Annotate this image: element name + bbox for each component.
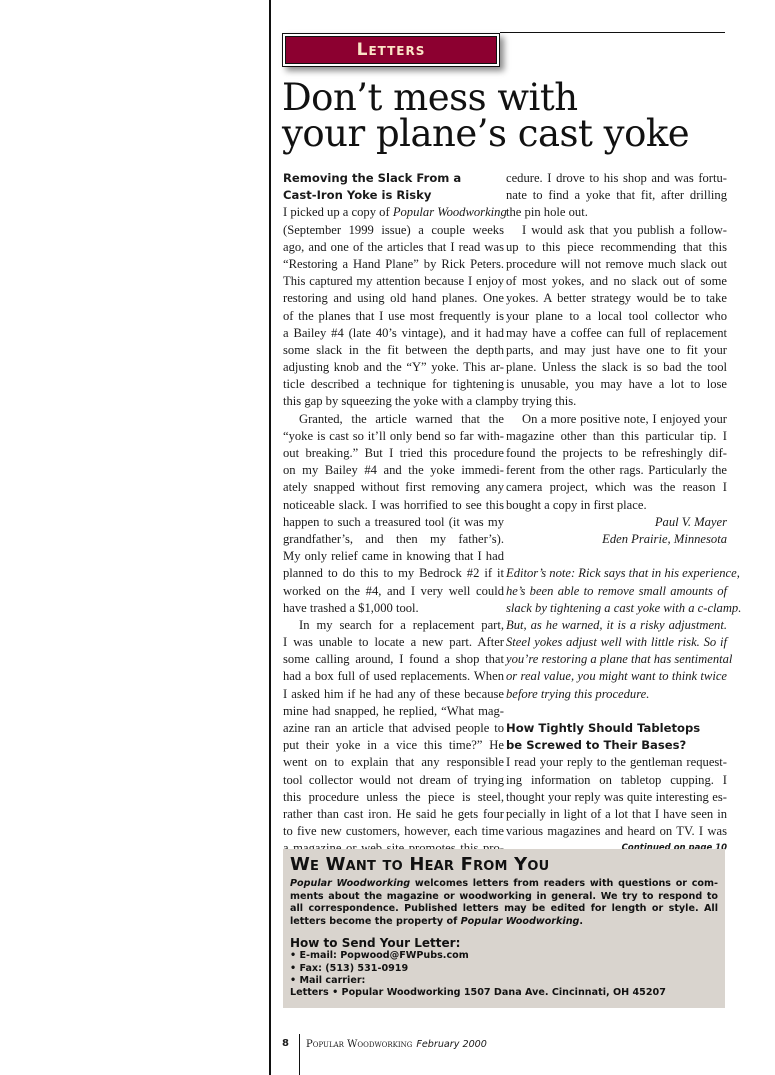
body-line: grandfather’s, and then my father’s). [283, 531, 504, 548]
section-tab-fill: Letters [285, 36, 497, 64]
page-footer: 8 [282, 1038, 296, 1049]
body-line: found the projects to be refreshingly di… [506, 445, 727, 462]
body-line: Granted, the article warned that the [283, 411, 504, 428]
body-line: on my Bailey #4 and the yoke immedi- [283, 462, 504, 479]
body-line: (September 1999 issue) a couple weeks [283, 222, 504, 239]
footer-rule [299, 1034, 300, 1075]
editors-note-line: slack by tightening a cast yoke with a c… [506, 600, 727, 617]
body-line: may have a coffee can full of replacemen… [506, 325, 727, 342]
body-line: pecially in light of a lot that I have s… [506, 806, 727, 823]
body-line: adjusting knob and the “Y” yoke. This ar… [283, 359, 504, 376]
body-line: various magazines and heard on TV. I was [506, 823, 727, 840]
body-line: thought your reply was quite interesting… [506, 789, 727, 806]
body-line: plane. Unless the slack is so bad the to… [506, 359, 727, 376]
body-line: procedure will not remove much slack out [506, 256, 727, 273]
body-line: mine had snapped, he replied, “What mag- [283, 703, 504, 720]
send-methods-list: • E-mail: Popwood@FWPubs.com • Fax: (513… [290, 950, 718, 999]
body-line: parts, and may just have one to fit your [506, 342, 727, 359]
body-line: magazine other than this particular tip.… [506, 428, 727, 445]
editors-note-line: he’s been able to remove small amounts o… [506, 583, 727, 600]
letter1-subhead-1: Removing the Slack From a [283, 170, 504, 187]
callout-line: letters become the property of Popular W… [290, 916, 718, 929]
headline-line-1: Don’t mess with [282, 80, 722, 116]
article-headline: Don’t mess with your plane’s cast yoke [282, 80, 722, 152]
body-line: “yoke is cast so it’ll only bend so far … [283, 428, 504, 445]
body-line: a Bailey #4 (late 40’s vintage), and it … [283, 325, 504, 342]
body-line: out breaking.” But I tried this procedur… [283, 445, 504, 462]
mail-carrier-label: • Mail carrier: [290, 975, 718, 987]
body-line: I would ask that you publish a follow- [506, 222, 727, 239]
body-line: I was unable to locate a new part. After [283, 634, 504, 651]
body-line: On a more positive note, I enjoyed your [506, 411, 727, 428]
issue-date: February 2000 [416, 1039, 487, 1050]
body-line: rather than cast iron. He said he gets f… [283, 806, 504, 823]
section-tab: Letters [282, 33, 500, 67]
section-label: Letters [357, 40, 426, 60]
body-line: nate to find a yoke that fit, after dril… [506, 187, 727, 204]
editors-note-line: But, as he warned, it is a risky adjustm… [506, 617, 727, 634]
body-line: had a box full of used replacements. Whe… [283, 668, 504, 685]
signature-name: Paul V. Mayer [506, 514, 727, 531]
body-line: to five new customers, however, each tim… [283, 823, 504, 840]
letter1-subhead-2: Cast-Iron Yoke is Risky [283, 187, 504, 204]
body-line: this procedure unless the piece is steel… [283, 789, 504, 806]
body-line: up to this piece recommending that this [506, 239, 727, 256]
callout-line: ments about the magazine or woodworking … [290, 891, 718, 904]
body-line: noticeable slack. I was horrified to see… [283, 497, 504, 514]
body-line: camera project, which was the reason I [506, 479, 727, 496]
callout-title: We Want to Hear From You [290, 855, 718, 875]
body-line: azine ran an article that advised people… [283, 720, 504, 737]
body-line: happen to such a treasured tool (it was … [283, 514, 504, 531]
body-line: In my search for a replacement part, [283, 617, 504, 634]
editors-note-line: Editor’s note: Rick says that in his exp… [506, 565, 727, 582]
callout-line: Popular Woodworking welcomes letters fro… [290, 878, 718, 891]
letters-callout-box: We Want to Hear From You Popular Woodwor… [283, 849, 725, 1008]
body-line: restoring and using old hand planes. One [283, 290, 504, 307]
headline-line-2: your plane’s cast yoke [282, 116, 722, 152]
body-line: some slack in the fit between the depth [283, 342, 504, 359]
body-line: by trying this. [506, 393, 727, 410]
body-line: yokes. A better strategy would be to tak… [506, 290, 727, 307]
column-left: Removing the Slack From a Cast-Iron Yoke… [283, 170, 504, 858]
body-line: I asked him if he had any of these becau… [283, 686, 504, 703]
body-line: planned to do this to my Bedrock #2 if i… [283, 565, 504, 582]
letter2-subhead-1: How Tightly Should Tabletops [506, 720, 727, 737]
column-right: cedure. I drove to his shop and was fort… [506, 170, 727, 858]
body-line: I picked up a copy of Popular Woodworkin… [283, 204, 504, 221]
body-line: went on to explain that any responsible [283, 754, 504, 771]
how-to-send-heading: How to Send Your Letter: [290, 936, 718, 950]
body-line: This captured my attention because I enj… [283, 273, 504, 290]
body-line: ing information on tabletop cupping. I [506, 772, 727, 789]
body-line: this gap by squeezing the yoke with a cl… [283, 393, 504, 410]
spacer [506, 703, 727, 720]
body-line: the pin hole out. [506, 204, 727, 221]
callout-line: all correspondence. Published letters ma… [290, 903, 718, 916]
signature-location: Eden Prairie, Minnesota [506, 531, 727, 548]
callout-body: Popular Woodworking welcomes letters fro… [290, 878, 718, 928]
body-line: have trashed a $1,000 tool. [283, 600, 504, 617]
body-line: of the planes that I use most frequently… [283, 308, 504, 325]
body-line: “Restoring a Hand Plane” by Rick Peters. [283, 256, 504, 273]
page-number: 8 [282, 1038, 296, 1049]
header-rule [500, 32, 725, 33]
letter2-subhead-2: be Screwed to Their Bases? [506, 737, 727, 754]
body-line: tool collector would not dream of trying [283, 772, 504, 789]
body-line: put their yoke in a vice this time?” He [283, 737, 504, 754]
editors-note-line: you’re restoring a plane that has sentim… [506, 651, 727, 668]
body-line: ago, and one of the articles that I read… [283, 239, 504, 256]
body-line: ferent from the other rags. Particularly… [506, 462, 727, 479]
mailing-address: Letters • Popular Woodworking 1507 Dana … [290, 987, 718, 999]
body-line: some calling around, I found a shop that [283, 651, 504, 668]
body-line: ticle described a technique for tighteni… [283, 376, 504, 393]
body-line: of most yokes, and no slack out of some [506, 273, 727, 290]
body-line: cedure. I drove to his shop and was fort… [506, 170, 727, 187]
body-line: your plane to a local tool collector who [506, 308, 727, 325]
editors-note-line: before trying this procedure. [506, 686, 727, 703]
editors-note-line: Steel yokes adjust well with little risk… [506, 634, 727, 651]
body-line: ately snapped without first removing any [283, 479, 504, 496]
body-line: is unusable, you may have a lot to lose [506, 376, 727, 393]
email-contact[interactable]: • E-mail: Popwood@FWPubs.com [290, 950, 718, 962]
fax-contact: • Fax: (513) 531-0919 [290, 963, 718, 975]
body-line: worked on the #4, and I very well could [283, 583, 504, 600]
page-spine-rule [269, 0, 271, 1075]
body-line: My only relief came in knowing that I ha… [283, 548, 504, 565]
body-line: bought a copy in first place. [506, 497, 727, 514]
editors-note-line: or real value, you might want to think t… [506, 668, 727, 685]
footer-folio: Popular WoodworkingFebruary 2000 [306, 1039, 487, 1050]
magazine-name: Popular Woodworking [306, 1039, 412, 1050]
body-line: I read your reply to the gentleman reque… [506, 754, 727, 771]
spacer [506, 548, 727, 565]
